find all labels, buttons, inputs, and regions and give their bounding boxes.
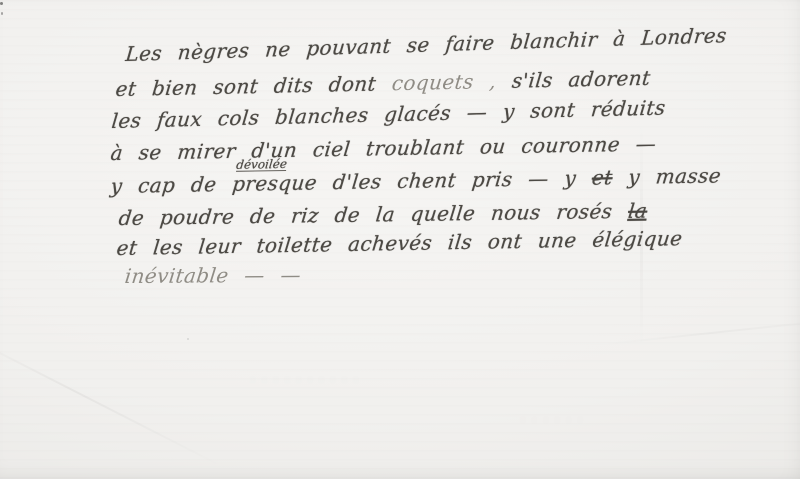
handwriting-text: et bien sont dits dont [115,71,394,101]
struck-word: la [627,199,649,223]
faded-word: coquets , [391,69,498,95]
handwriting-text: y masse [611,163,722,189]
insertion-anchor: dévoiléepresque [231,170,318,196]
handwriting-line-2: et bien sont dits dont coquets , s'ils a… [115,66,650,101]
handwriting-line-8: inévitable — — [125,263,301,288]
paper-crease [0,330,224,468]
handwriting-line-5: y cap de dévoiléepresque d'les chent pri… [111,163,722,198]
bleed-through-smudge: · · · · · · [520,410,583,431]
handwriting-line-6: de poudre de riz de la quelle nous rosés… [119,199,648,230]
handwriting-text: inévitable — — [124,263,303,288]
struck-word: et [591,165,614,189]
handwriting-line-4: à se mirer d'un ciel troublant ou couron… [111,131,657,165]
handwriting-text: presque [231,170,318,196]
handwriting-text: d'les chent pris — y [316,166,593,195]
ink-speck [187,338,189,340]
handwriting-text: y cap de [110,172,234,198]
ink-speck [1,12,3,15]
handwriting-line-7: et les leur toilette achevés ils ont une… [117,226,683,260]
handwriting-text: Les nègres ne pouvant se faire blanchir … [125,23,728,66]
manuscript-page: · · · · · · · · · · · · · · · · Les nègr… [0,0,800,479]
ink-speck [0,2,3,5]
paper-crease [601,316,800,345]
handwriting-text: les faux cols blanches glacés — y sont r… [111,95,667,133]
handwriting-text: et les leur toilette achevés ils ont une… [116,226,684,260]
handwriting-text: s'ils adorent [495,66,652,93]
handwriting-text: à se mirer d'un ciel troublant ou couron… [110,131,658,165]
bleed-through-smudge: · · · · · · · · · · [250,370,359,391]
interlinear-insertion: dévoilée [236,158,288,172]
handwriting-line-3: les faux cols blanches glacés — y sont r… [111,95,665,133]
handwriting-text: de poudre de riz de la quelle nous rosés [118,199,630,230]
handwriting-line-1: Les nègres ne pouvant se faire blanchir … [125,23,727,66]
